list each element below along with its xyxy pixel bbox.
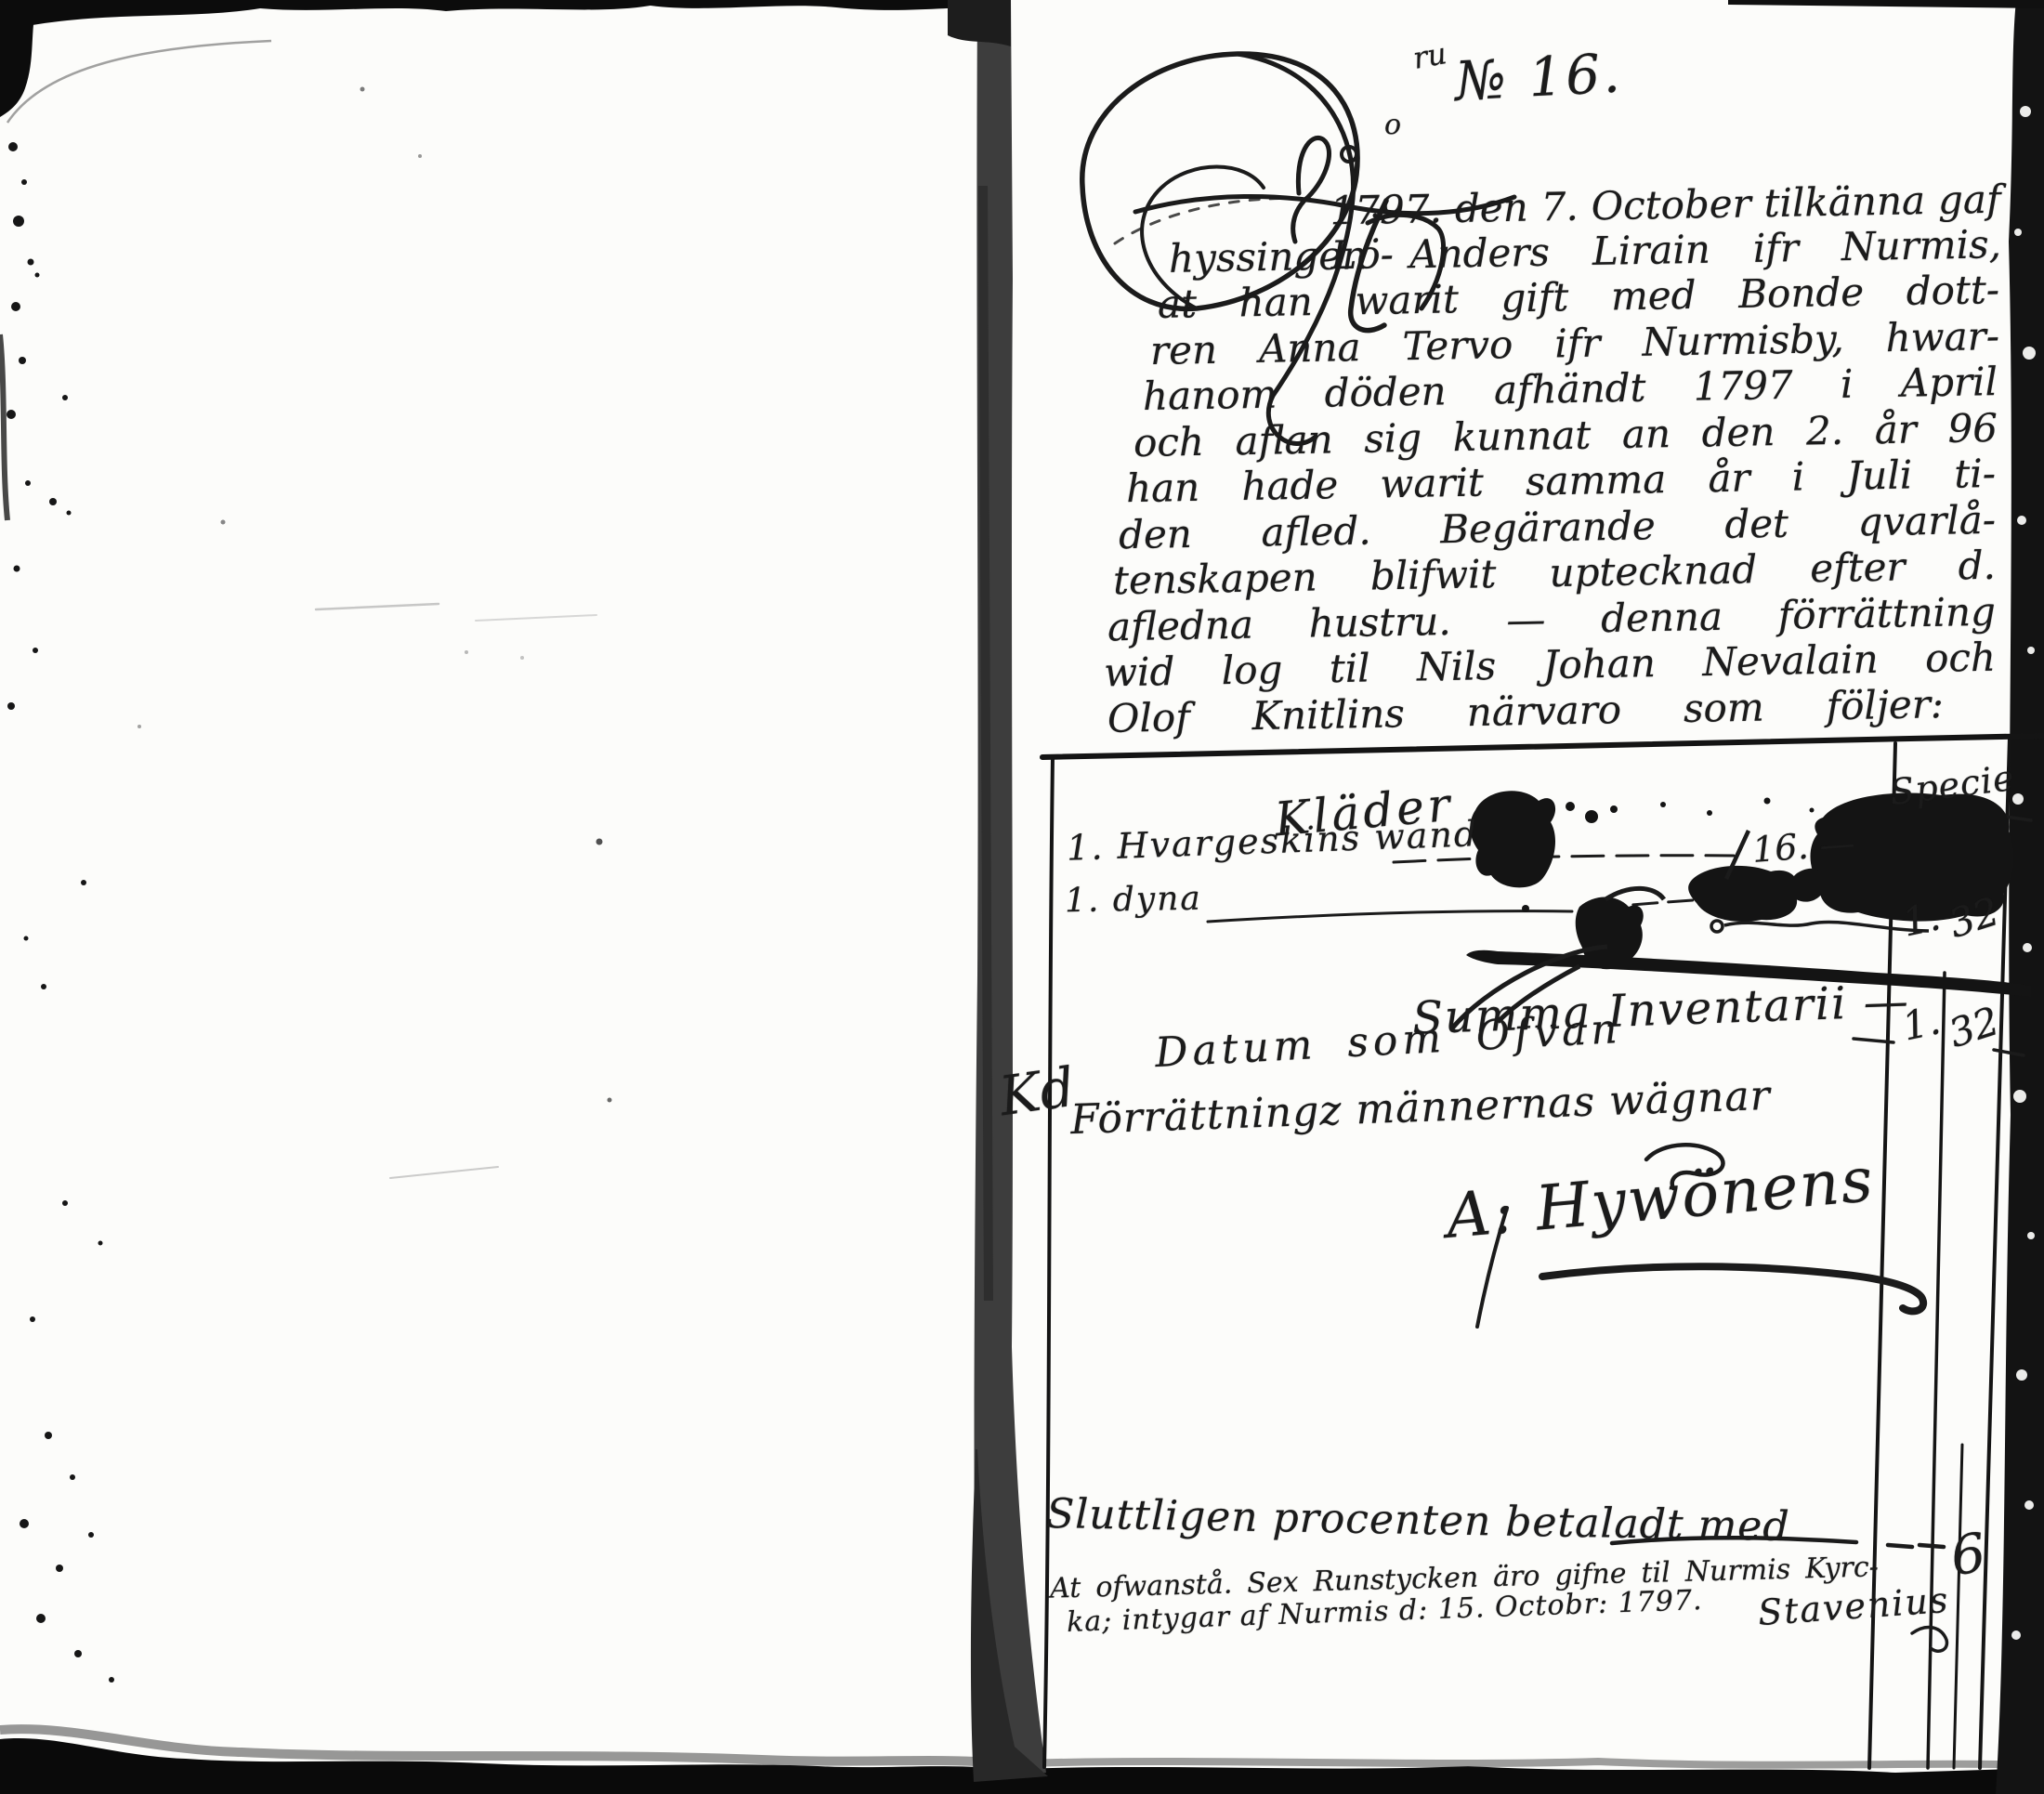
margin-mark: Kd <box>996 1056 1079 1128</box>
item-value: 16. — <box>1751 823 1856 871</box>
anno-superscript: o <box>1384 110 1401 142</box>
gutter-fold <box>948 0 1048 1782</box>
corner-mark: ru <box>1410 36 1449 75</box>
item-label: 1. dyna <box>1065 880 1203 921</box>
scanned-estate-inventory-page: ru № 16. o 1797. den 7. October tilkänna… <box>0 0 2044 1794</box>
page-number: № 16. <box>1453 42 1624 112</box>
left-page-faint-marks <box>138 87 612 1179</box>
